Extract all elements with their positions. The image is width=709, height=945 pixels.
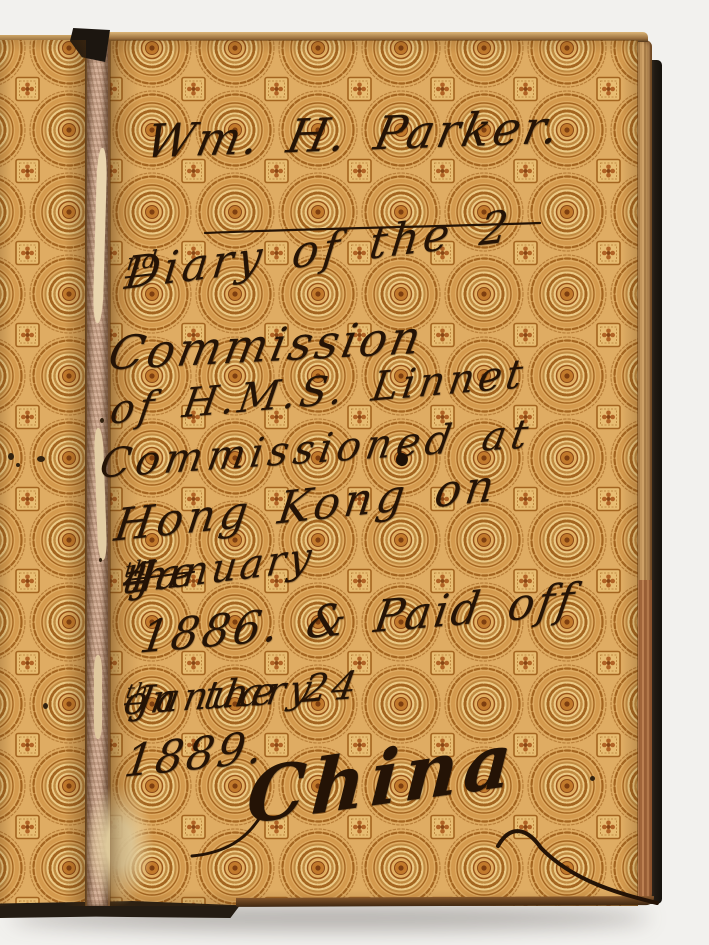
text-segment: 1889. <box>122 725 269 785</box>
ordinal-superscript: nd <box>125 248 159 278</box>
torn-paper-shard <box>94 655 102 739</box>
text-segment: January <box>134 669 317 720</box>
ink-speck <box>37 456 45 462</box>
ink-speck <box>16 463 20 467</box>
ink-speck <box>100 418 104 423</box>
page-block-fore-edge-lower <box>632 580 652 900</box>
page-block-top-edge <box>102 32 648 42</box>
ink-speck <box>590 776 595 781</box>
photo-of-diary: Wm. H. Parker. Diary of the 2nd Commissi… <box>0 0 709 945</box>
text-segment: Diary of the 2 <box>122 205 514 297</box>
ink-speck <box>8 453 14 460</box>
text-segment: China <box>245 722 520 835</box>
ink-speck <box>99 558 102 562</box>
worn-paper-patch <box>84 784 154 906</box>
left-endpaper-shading <box>0 40 86 906</box>
bottom-page-edge <box>236 896 654 907</box>
text-segment: Wm. H. Parker. <box>142 104 566 165</box>
black-cover-corner <box>70 28 110 62</box>
ink-speck <box>43 703 48 709</box>
